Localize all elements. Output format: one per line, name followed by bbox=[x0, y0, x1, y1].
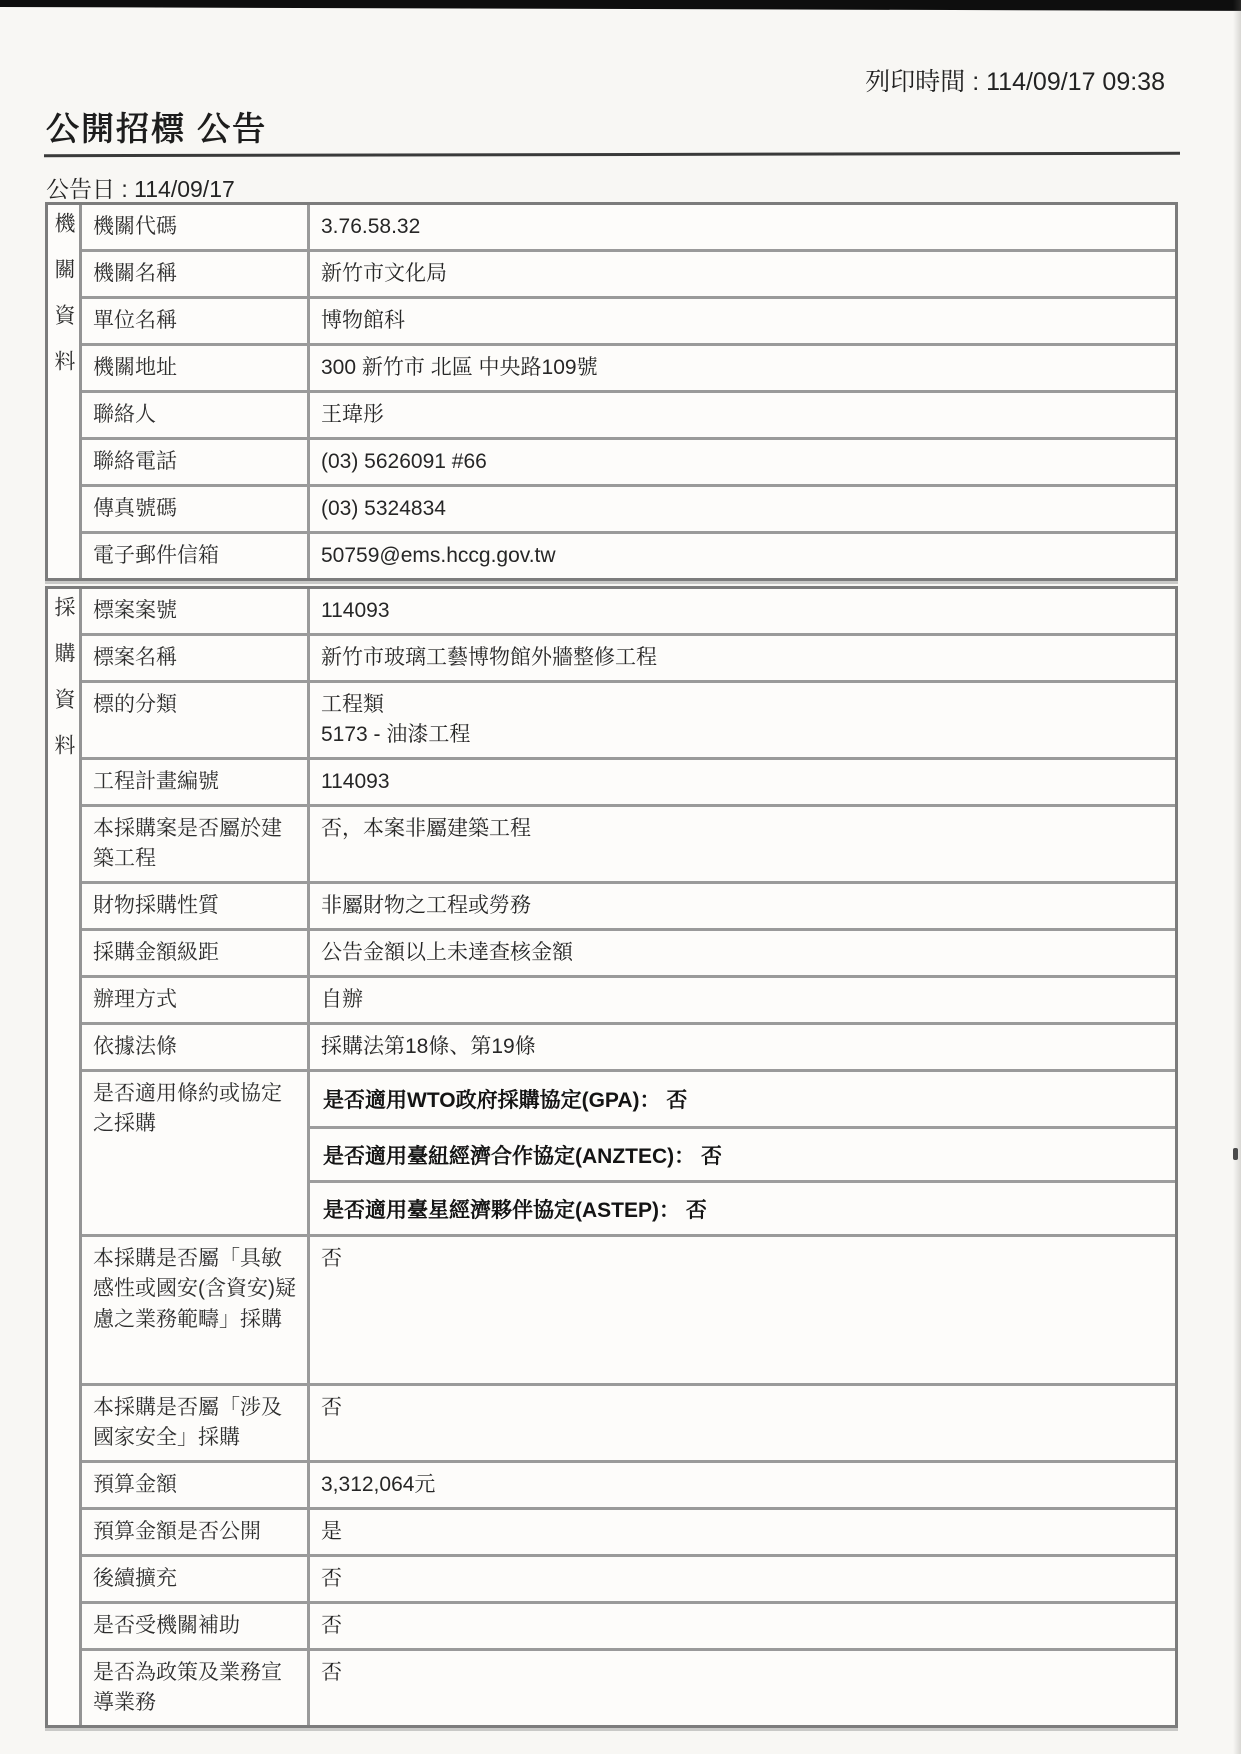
row-value: (03) 5324834 bbox=[310, 487, 1175, 531]
row-label: 聯絡人 bbox=[82, 393, 310, 437]
table-row: 財物採購性質 非屬財物之工程或勞務 bbox=[82, 881, 1175, 928]
table-row: 標案名稱 新竹市玻璃工藝博物館外牆整修工程 bbox=[82, 633, 1175, 680]
row-value: 否 bbox=[310, 1386, 1175, 1460]
agency-rows: 機關代碼 3.76.58.32 機關名稱 新竹市文化局 單位名稱 博物館科 機關… bbox=[82, 205, 1175, 578]
row-label: 機關代碼 bbox=[82, 205, 310, 249]
table-row: 後續擴充 否 bbox=[82, 1554, 1175, 1601]
row-label: 預算金額 bbox=[82, 1463, 310, 1507]
treaty-item: 是否適用臺紐經濟合作協定(ANZTEC)： 否 bbox=[310, 1126, 1175, 1180]
row-value: 否 bbox=[310, 1604, 1175, 1648]
row-label: 本採購案是否屬於建築工程 bbox=[82, 807, 310, 881]
value-line: 工程類 bbox=[321, 690, 1165, 720]
agency-side-label-cell: 機關資料 bbox=[48, 205, 82, 578]
row-label: 預算金額是否公開 bbox=[82, 1510, 310, 1554]
procurement-info-table: 採購資料 標案案號 114093 標案名稱 新竹市玻璃工藝博物館外牆整修工程 標… bbox=[45, 586, 1178, 1728]
table-row: 標案案號 114093 bbox=[82, 589, 1175, 633]
procurement-side-label-cell: 採購資料 bbox=[48, 589, 82, 1725]
row-value: 否，本案非屬建築工程 bbox=[310, 807, 1175, 881]
table-row: 機關地址 300 新竹市 北區 中央路109號 bbox=[82, 343, 1175, 390]
row-value: 博物館科 bbox=[310, 299, 1175, 343]
row-label: 傳真號碼 bbox=[82, 487, 310, 531]
row-value: 3.76.58.32 bbox=[310, 205, 1175, 249]
treaty-sub-rows: 是否適用WTO政府採購協定(GPA)： 否 是否適用臺紐經濟合作協定(ANZTE… bbox=[310, 1072, 1175, 1234]
treaty-item: 是否適用臺星經濟夥伴協定(ASTEP)： 否 bbox=[310, 1180, 1175, 1234]
table-row-treaty: 是否適用條約或協定之採購 是否適用WTO政府採購協定(GPA)： 否 是否適用臺… bbox=[82, 1069, 1175, 1234]
title-divider bbox=[44, 152, 1180, 157]
table-row: 單位名稱 博物館科 bbox=[82, 296, 1175, 343]
value-line: 5173 - 油漆工程 bbox=[321, 720, 1165, 750]
row-value: 新竹市玻璃工藝博物館外牆整修工程 bbox=[310, 636, 1175, 680]
scan-speckle bbox=[1233, 1148, 1238, 1160]
row-label: 辦理方式 bbox=[82, 978, 310, 1022]
table-row: 採購金額級距 公告金額以上未達查核金額 bbox=[82, 928, 1175, 975]
page-title: 公開招標 公告 bbox=[46, 103, 267, 150]
scan-artifact-top-edge bbox=[0, 0, 1241, 11]
row-label: 標案名稱 bbox=[82, 636, 310, 680]
row-label: 後續擴充 bbox=[82, 1557, 310, 1601]
table-row: 是否受機關補助 否 bbox=[82, 1601, 1175, 1648]
treaty-item: 是否適用WTO政府採購協定(GPA)： 否 bbox=[310, 1072, 1175, 1126]
table-row: 電子郵件信箱 50759@ems.hccg.gov.tw bbox=[82, 531, 1175, 578]
table-row: 是否為政策及業務宣導業務 否 bbox=[82, 1648, 1175, 1725]
row-label: 採購金額級距 bbox=[82, 931, 310, 975]
row-label: 本採購是否屬「具敏感性或國安(含資安)疑慮之業務範疇」採購 bbox=[82, 1237, 310, 1383]
row-value: 3,312,064元 bbox=[310, 1463, 1175, 1507]
row-label: 是否適用條約或協定之採購 bbox=[82, 1072, 310, 1234]
row-label: 本採購是否屬「涉及國家安全」採購 bbox=[82, 1386, 310, 1460]
table-row: 本採購是否屬「涉及國家安全」採購 否 bbox=[82, 1383, 1175, 1460]
row-value: 50759@ems.hccg.gov.tw bbox=[310, 534, 1175, 578]
table-row: 辦理方式 自辦 bbox=[82, 975, 1175, 1022]
scanned-document-page: 列印時間 : 114/09/17 09:38 公開招標 公告 公告日 : 114… bbox=[0, 0, 1241, 1754]
row-label: 聯絡電話 bbox=[82, 440, 310, 484]
table-row: 預算金額是否公開 是 bbox=[82, 1507, 1175, 1554]
row-label: 是否為政策及業務宣導業務 bbox=[82, 1651, 310, 1725]
row-label: 是否受機關補助 bbox=[82, 1604, 310, 1648]
row-value: 否 bbox=[310, 1651, 1175, 1725]
row-label: 標的分類 bbox=[82, 683, 310, 757]
row-value: 否 bbox=[310, 1557, 1175, 1601]
agency-info-table: 機關資料 機關代碼 3.76.58.32 機關名稱 新竹市文化局 單位名稱 博物… bbox=[45, 202, 1178, 581]
table-row: 聯絡人 王瑋彤 bbox=[82, 390, 1175, 437]
row-label: 機關名稱 bbox=[82, 252, 310, 296]
announce-date: 公告日 : 114/09/17 bbox=[46, 171, 235, 204]
row-label: 單位名稱 bbox=[82, 299, 310, 343]
table-row: 傳真號碼 (03) 5324834 bbox=[82, 484, 1175, 531]
row-value: 自辦 bbox=[310, 978, 1175, 1022]
row-value: (03) 5626091 #66 bbox=[310, 440, 1175, 484]
row-value: 非屬財物之工程或勞務 bbox=[310, 884, 1175, 928]
table-row: 聯絡電話 (03) 5626091 #66 bbox=[82, 437, 1175, 484]
table-row: 標的分類 工程類 5173 - 油漆工程 bbox=[82, 680, 1175, 757]
row-label: 工程計畫編號 bbox=[82, 760, 310, 804]
row-value: 公告金額以上未達查核金額 bbox=[310, 931, 1175, 975]
agency-side-label: 機關資料 bbox=[48, 212, 79, 578]
row-value: 300 新竹市 北區 中央路109號 bbox=[310, 346, 1175, 390]
row-value: 是 bbox=[310, 1510, 1175, 1554]
table-row: 機關代碼 3.76.58.32 bbox=[82, 205, 1175, 249]
table-row: 預算金額 3,312,064元 bbox=[82, 1460, 1175, 1507]
procurement-side-label: 採購資料 bbox=[48, 596, 79, 1725]
row-label: 財物採購性質 bbox=[82, 884, 310, 928]
table-row: 本採購案是否屬於建築工程 否，本案非屬建築工程 bbox=[82, 804, 1175, 881]
table-row: 本採購是否屬「具敏感性或國安(含資安)疑慮之業務範疇」採購 否 bbox=[82, 1234, 1175, 1383]
row-value: 採購法第18條、第19條 bbox=[310, 1025, 1175, 1069]
row-label: 依據法條 bbox=[82, 1025, 310, 1069]
print-time: 列印時間 : 114/09/17 09:38 bbox=[865, 62, 1165, 98]
row-value: 王瑋彤 bbox=[310, 393, 1175, 437]
row-label: 電子郵件信箱 bbox=[82, 534, 310, 578]
row-value: 工程類 5173 - 油漆工程 bbox=[310, 683, 1175, 757]
table-row: 機關名稱 新竹市文化局 bbox=[82, 249, 1175, 296]
scan-artifact-right-edge bbox=[1233, 0, 1241, 1754]
procurement-rows: 標案案號 114093 標案名稱 新竹市玻璃工藝博物館外牆整修工程 標的分類 工… bbox=[82, 589, 1175, 1725]
row-value: 否 bbox=[310, 1237, 1175, 1383]
row-value: 114093 bbox=[310, 760, 1175, 804]
row-value: 新竹市文化局 bbox=[310, 252, 1175, 296]
row-label: 標案案號 bbox=[82, 589, 310, 633]
row-label: 機關地址 bbox=[82, 346, 310, 390]
table-row: 工程計畫編號 114093 bbox=[82, 757, 1175, 804]
table-row: 依據法條 採購法第18條、第19條 bbox=[82, 1022, 1175, 1069]
row-value: 114093 bbox=[310, 589, 1175, 633]
